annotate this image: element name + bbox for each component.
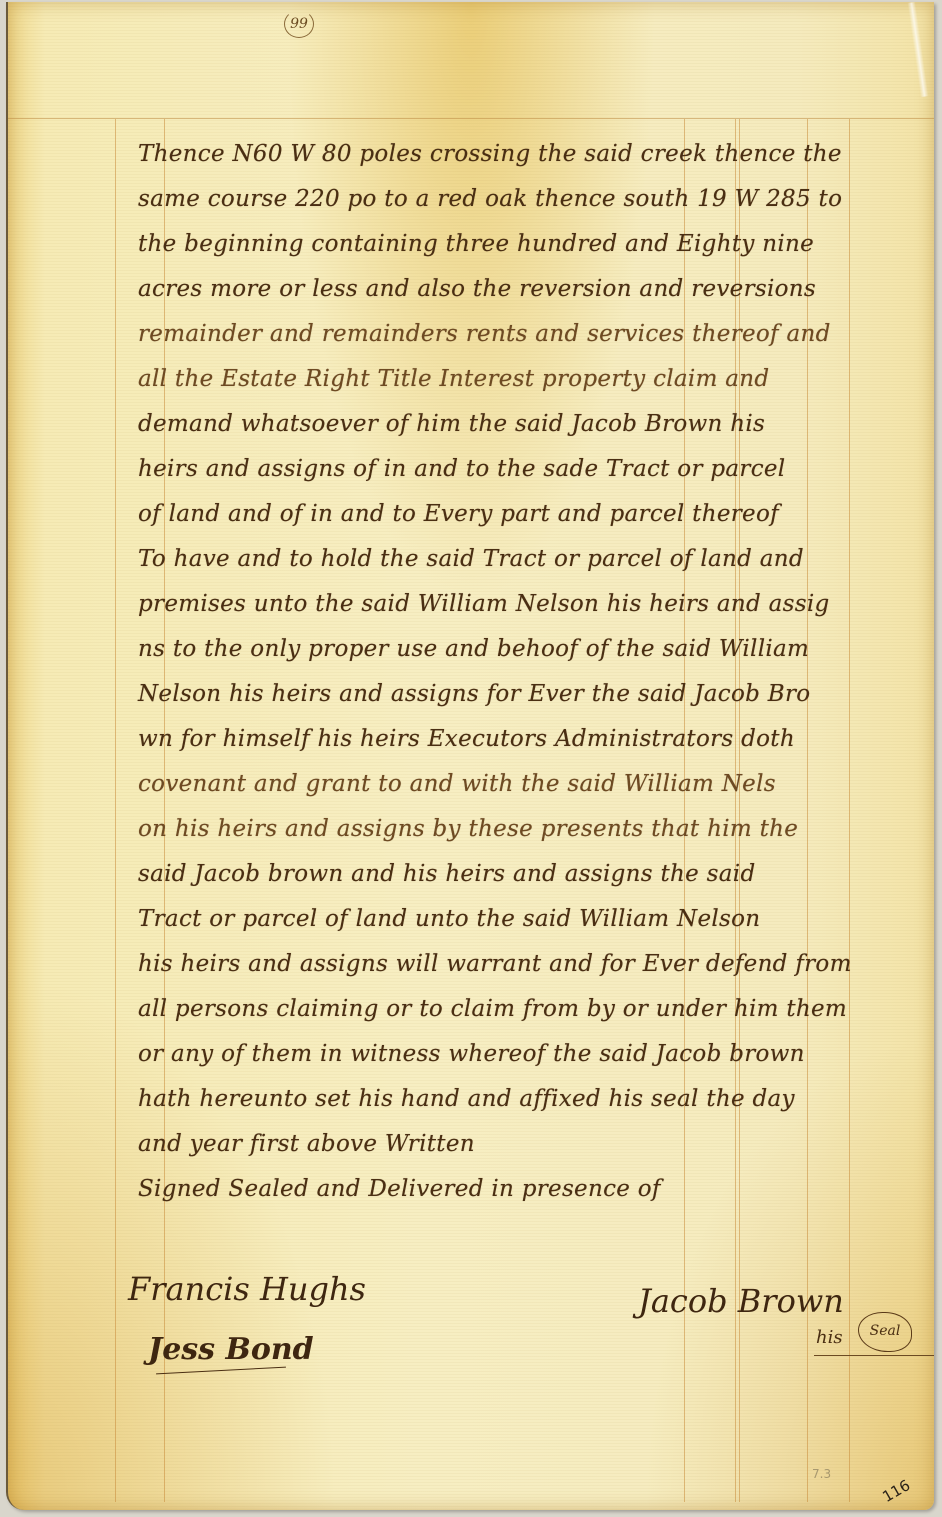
deed-line: wn for himself his heirs Executors Admin… [138, 717, 918, 762]
seal-label: Seal [870, 1323, 901, 1339]
deed-line: covenant and grant to and with the said … [138, 762, 918, 807]
faint-mark: 7.3 [812, 1467, 831, 1481]
deed-line: ns to the only proper use and behoof of … [138, 627, 918, 672]
ledger-page: 99 Thence N60 W 80 poles crossing the sa… [6, 2, 934, 1510]
grantor-signature-jacob-brown: Jacob Brown [638, 1282, 844, 1320]
deed-line: To have and to hold the said Tract or pa… [138, 537, 918, 582]
seal-prefix: his [816, 1327, 843, 1348]
deed-line: hath hereunto set his hand and affixed h… [138, 1077, 918, 1122]
signature-flourish [156, 1367, 286, 1375]
deed-line: all the Estate Right Title Interest prop… [138, 357, 918, 402]
deed-line: all persons claiming or to claim from by… [138, 987, 918, 1032]
deed-line: his heirs and assigns will warrant and f… [138, 942, 918, 987]
deed-line: heirs and assigns of in and to the sade … [138, 447, 918, 492]
margin-rule-left-outer [115, 119, 116, 1502]
deed-line: or any of them in witness whereof the sa… [138, 1032, 918, 1077]
deed-line: the beginning containing three hundred a… [138, 222, 918, 267]
deed-line: Tract or parcel of land unto the said Wi… [138, 897, 918, 942]
deed-body-text: Thence N60 W 80 poles crossing the said … [138, 132, 918, 1212]
deed-line: of land and of in and to Every part and … [138, 492, 918, 537]
deed-line: on his heirs and assigns by these presen… [138, 807, 918, 852]
deed-line: demand whatsoever of him the said Jacob … [138, 402, 918, 447]
deed-line: remainder and remainders rents and servi… [138, 312, 918, 357]
header-rule [8, 118, 934, 119]
seal-icon: Seal [858, 1312, 912, 1352]
witness-signature-jess-bond: Jess Bond [148, 1332, 314, 1367]
deed-line: Signed Sealed and Delivered in presence … [138, 1167, 918, 1212]
deed-line: same course 220 po to a red oak thence s… [138, 177, 918, 222]
deed-line: Thence N60 W 80 poles crossing the said … [138, 132, 918, 177]
page-crease [907, 2, 928, 97]
deed-line: said Jacob brown and his heirs and assig… [138, 852, 918, 897]
stamp-number: 116 [879, 1476, 913, 1506]
page-number: 99 [284, 10, 314, 38]
witness-signature-francis-hughs: Francis Hughs [128, 1270, 366, 1308]
deed-line: premises unto the said William Nelson hi… [138, 582, 918, 627]
deed-line: acres more or less and also the reversio… [138, 267, 918, 312]
deed-line: and year first above Written [138, 1122, 918, 1167]
deed-line: Nelson his heirs and assigns for Ever th… [138, 672, 918, 717]
seal-underline [814, 1355, 934, 1356]
